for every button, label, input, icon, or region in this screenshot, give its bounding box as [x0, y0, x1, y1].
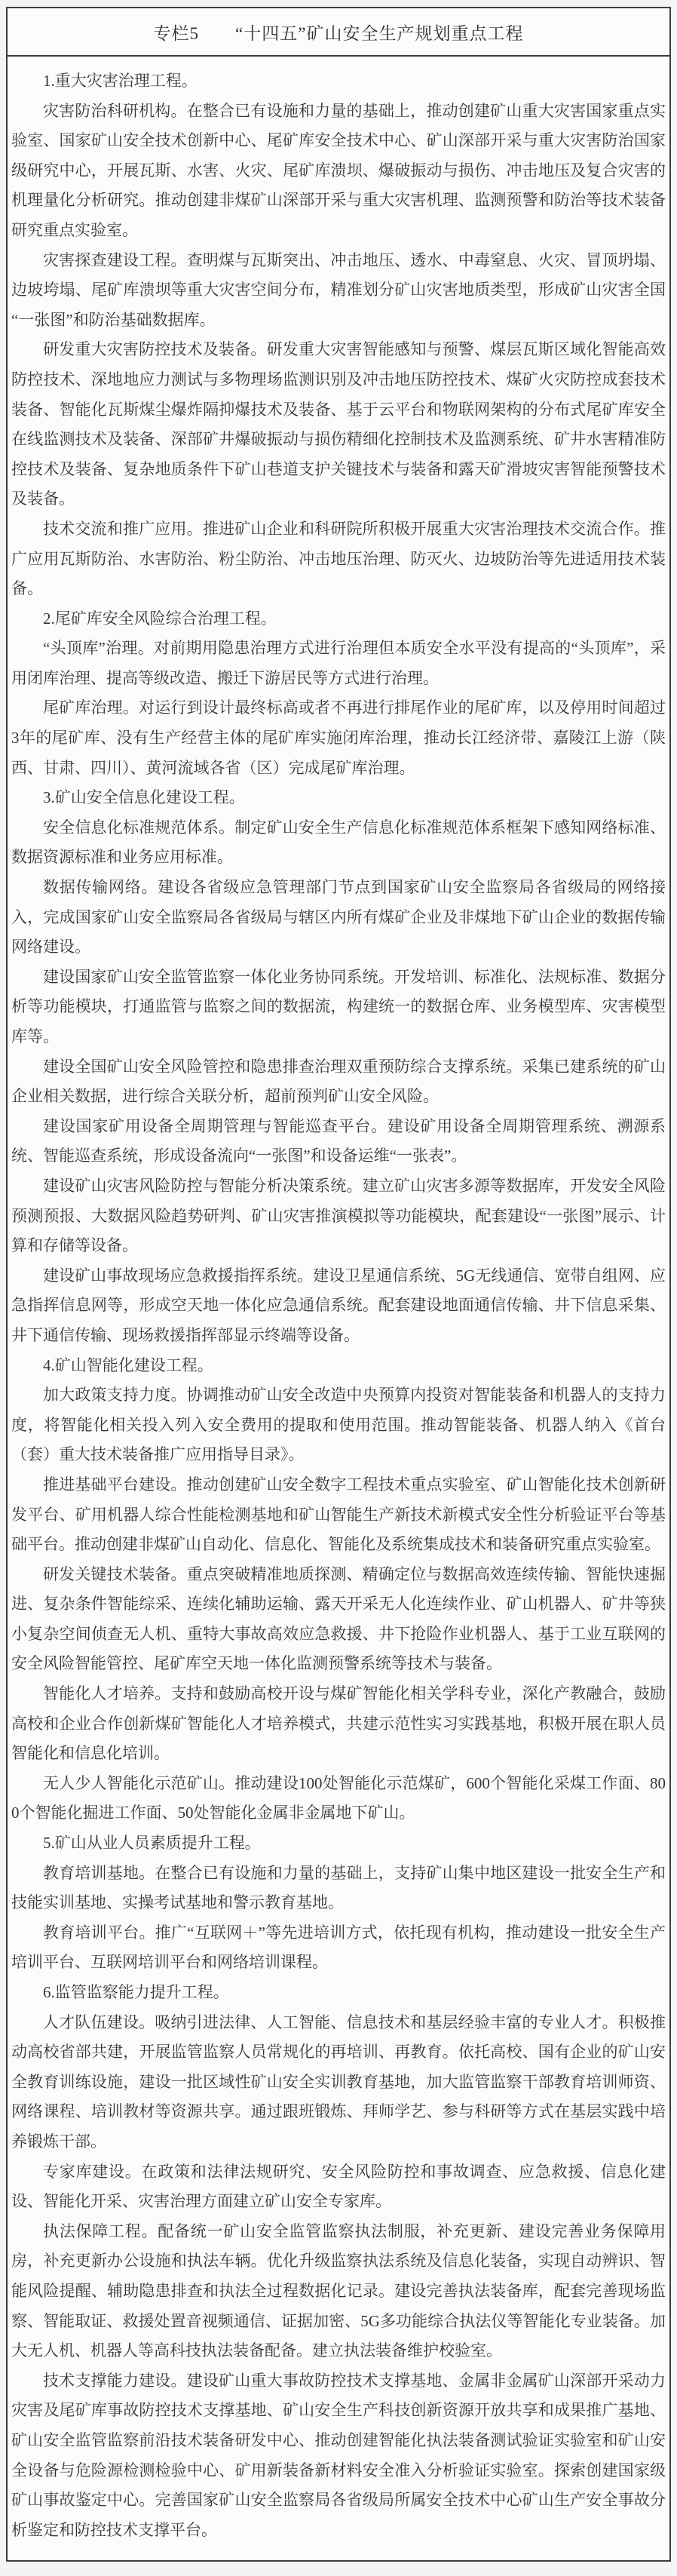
paragraph: 4.矿山智能化建设工程。 — [11, 1351, 666, 1381]
paragraph: 5.矿山从业人员素质提升工程。 — [11, 1828, 666, 1859]
paragraph: 教育培训基地。在整合已有设施和力量的基础上，支持矿山集中地区建设一批安全生产和技… — [11, 1859, 666, 1918]
paragraph: 3.矿山安全信息化建设工程。 — [11, 783, 666, 813]
paragraph: 建设矿山事故现场应急救援指挥系统。建设卫星通信系统、5G无线通信、宽带自组网、应… — [11, 1261, 666, 1351]
paragraph: 研发重大灾害防控技术及装备。研发重大灾害智能感知与预警、煤层瓦斯区域化智能高效防… — [11, 335, 666, 514]
paragraph: 建设国家矿用设备全周期管理与智能巡查平台。建设矿用设备全周期管理系统、溯源系统、… — [11, 1112, 666, 1171]
paragraph: 建设矿山灾害风险防控与智能分析决策系统。建立矿山灾害多源等数据库，开发安全风险预… — [11, 1171, 666, 1261]
paragraph: 教育培训平台。推广“互联网＋”等先进培训方式，依托现有机构，推动建设一批安全生产… — [11, 1918, 666, 1978]
spotlight-panel: 专栏5 “十四五”矿山安全生产规划重点工程 1.重大灾害治理工程。灾害防治科研机… — [6, 7, 671, 2562]
paragraph: 尾矿库治理。对运行到设计最终标高或者不再进行排尾作业的尾矿库，以及停用时间超过3… — [11, 693, 666, 783]
panel-title: 专栏5 “十四五”矿山安全生产规划重点工程 — [154, 20, 524, 45]
paragraph: 建设全国矿山安全风险管控和隐患排查治理双重预防综合支撑系统。采集已建系统的矿山企… — [11, 1052, 666, 1112]
paragraph: 技术支撑能力建设。建设矿山重大事故防控技术支撑基地、金属非金属矿山深部开采动力灾… — [11, 2366, 666, 2546]
paragraph: 推进基础平台建设。推动创建矿山安全数字工程技术重点实验室、矿山智能化技术创新研发… — [11, 1470, 666, 1560]
paragraph: 研发关键技术装备。重点突破精准地质探测、精确定位与数据高效连续传输、智能快速掘进… — [11, 1560, 666, 1679]
panel-body: 1.重大灾害治理工程。灾害防治科研机构。在整合已有设施和力量的基础上，推动创建矿… — [8, 57, 669, 2560]
paragraph: “头顶库”治理。对前期用隐患治理方式进行治理但本质安全水平没有提高的“头顶库”，… — [11, 634, 666, 693]
paragraph: 建设国家矿山安全监管监察一体化业务协同系统。开发培训、标准化、法规标准、数据分析… — [11, 963, 666, 1052]
paragraph: 加大政策支持力度。协调推动矿山安全改造中央预算内投资对智能装备和机器人的支持力度… — [11, 1380, 666, 1470]
paragraph: 数据传输网络。建设各省级应急管理部门节点到国家矿山安全监察局各省级局的网络接入，… — [11, 873, 666, 963]
document-page: 专栏5 “十四五”矿山安全生产规划重点工程 1.重大灾害治理工程。灾害防治科研机… — [0, 0, 677, 2576]
paragraph: 灾害防治科研机构。在整合已有设施和力量的基础上，推动创建矿山重大灾害国家重点实验… — [11, 97, 666, 246]
paragraph: 1.重大灾害治理工程。 — [11, 66, 666, 97]
paragraph: 智能化人才培养。支持和鼓励高校开设与煤矿智能化相关学科专业，深化产教融合，鼓励高… — [11, 1679, 666, 1769]
paragraph: 执法保障工程。配备统一矿山安全监管监察执法制服，补充更新、建设完善业务保障用房，… — [11, 2217, 666, 2366]
paragraph: 无人少人智能化示范矿山。推动建设100处智能化示范煤矿，600个智能化采煤工作面… — [11, 1769, 666, 1828]
paragraph: 安全信息化标准规范体系。制定矿山安全生产信息化标准规范体系框架下感知网络标准、数… — [11, 813, 666, 873]
paragraph: 技术交流和推广应用。推进矿山企业和科研院所积极开展重大灾害治理技术交流合作。推广… — [11, 514, 666, 604]
paragraph: 6.监管监察能力提升工程。 — [11, 1978, 666, 2008]
paragraph: 专家库建设。在政策和法律法规研究、安全风险防控和事故调查、应急救援、信息化建设、… — [11, 2157, 666, 2217]
paragraph: 灾害探查建设工程。查明煤与瓦斯突出、冲击地压、透水、中毒窒息、火灾、冒顶坍塌、边… — [11, 246, 666, 336]
paragraph: 人才队伍建设。吸纳引进法律、人工智能、信息技术和基层经验丰富的专业人才。积极推动… — [11, 2008, 666, 2157]
panel-title-row: 专栏5 “十四五”矿山安全生产规划重点工程 — [8, 8, 669, 57]
paragraph: 2.尾矿库安全风险综合治理工程。 — [11, 604, 666, 634]
